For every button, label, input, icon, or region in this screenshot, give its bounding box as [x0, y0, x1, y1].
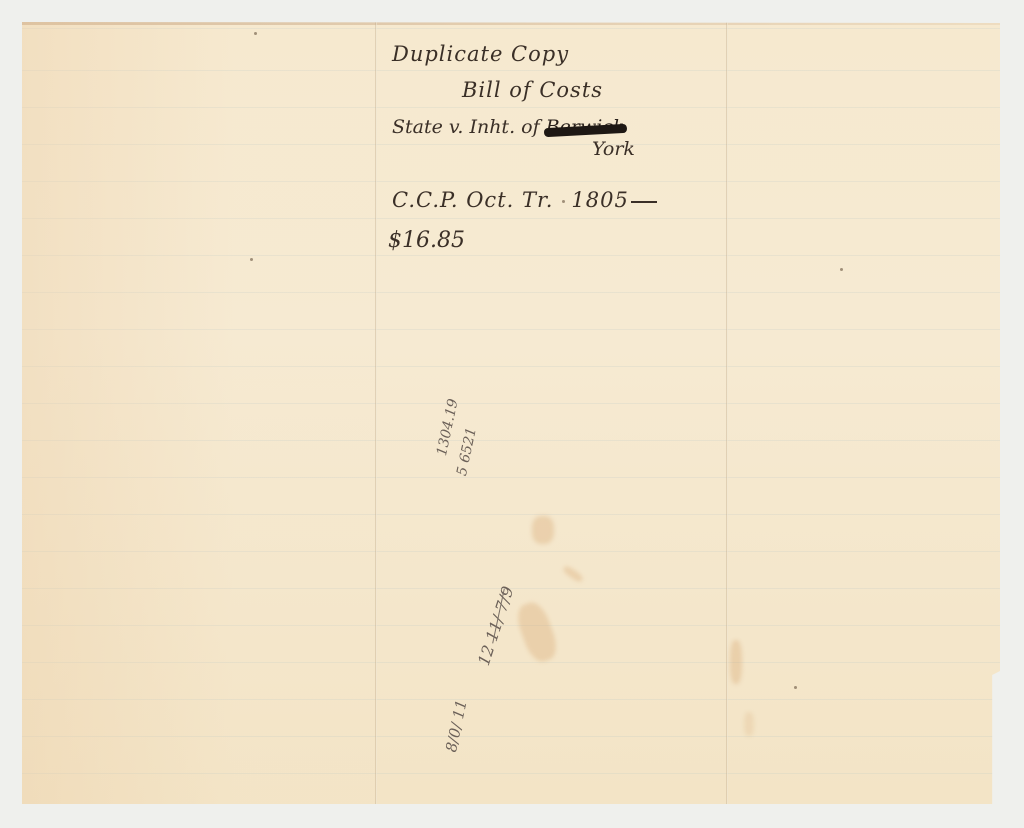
left-panel — [22, 22, 375, 804]
pencil-calc-divisor: 5 — [454, 465, 472, 477]
pencil-note-lower-left: 8/0/ 11 — [442, 698, 471, 754]
case-title: State v. Inht. of Berwick — [392, 116, 624, 138]
pencil-calc-result: 1304.19 — [434, 397, 462, 457]
stain-mark — [744, 712, 754, 736]
amount: $16.85 — [388, 228, 465, 253]
case-title-prefix: State v. Inht. of — [392, 116, 546, 138]
court-term: C.C.P. Oct. Tr.1805 — [392, 188, 657, 212]
speck — [794, 686, 797, 689]
struck-out-town: Berwick — [546, 116, 625, 138]
stain-mark — [562, 564, 585, 583]
pencil-calc-division: 5 6521 — [454, 426, 480, 477]
pencil-calc-dividend: 6521 — [457, 426, 480, 464]
court-term-year: 1805 — [571, 188, 628, 212]
heading-bill-of-costs: Bill of Costs — [462, 78, 603, 102]
fold-line-right — [726, 22, 728, 804]
speck — [250, 258, 253, 261]
speck — [254, 32, 257, 35]
speck — [840, 268, 843, 271]
document-sheet: Duplicate Copy Bill of Costs State v. In… — [22, 22, 1000, 804]
corrected-town: York — [592, 138, 635, 160]
scan-background: Duplicate Copy Bill of Costs State v. In… — [0, 0, 1024, 828]
heading-duplicate-copy: Duplicate Copy — [392, 42, 569, 66]
court-term-label: C.C.P. Oct. Tr. — [392, 188, 553, 212]
flourish-dash — [631, 201, 657, 203]
stain-mark — [532, 516, 554, 544]
stain-mark — [730, 640, 742, 684]
fold-line-left — [375, 22, 377, 804]
stain-mark — [513, 599, 562, 666]
